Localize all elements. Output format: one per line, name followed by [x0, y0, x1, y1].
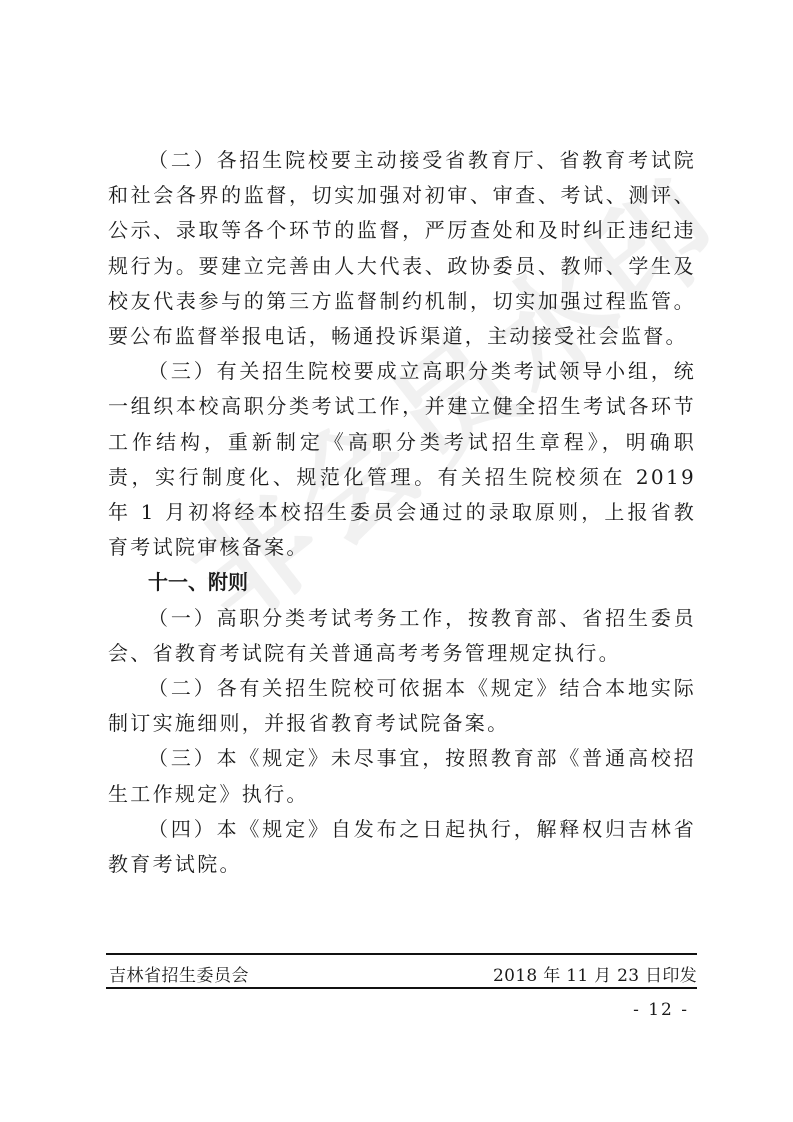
footer-issuer: 吉林省招生委员会	[109, 961, 249, 986]
paragraph-implementation-rules: （二）各有关招生院校可依据本《规定》结合本地实际制订实施细则，并报省教育考试院备…	[108, 671, 696, 741]
paragraph-leadership-group: （三）有关招生院校要成立高职分类考试领导小组，统一组织本校高职分类考试工作，并建…	[108, 354, 696, 565]
paragraph-exam-affairs: （一）高职分类考试考务工作，按教育部、省招生委员会、省教育考试院有关普通高考考务…	[108, 601, 696, 671]
page-number: - 12 -	[633, 1000, 689, 1020]
footer-top-rule	[106, 953, 697, 955]
section-heading-supplementary: 十一、附则	[108, 565, 696, 600]
paragraph-effective-date: （四）本《规定》自发布之日起执行，解释权归吉林省教育考试院。	[108, 812, 696, 882]
footer-issue-date: 2018 年 11 月 23 日印发	[493, 961, 697, 986]
paragraph-supervision: （二）各招生院校要主动接受省教育厅、省教育考试院和社会各界的监督，切实加强对初审…	[108, 143, 696, 354]
paragraph-unresolved-matters: （三）本《规定》未尽事宜，按照教育部《普通高校招生工作规定》执行。	[108, 741, 696, 811]
footer-bottom-rule	[106, 987, 697, 989]
document-page: 非会员水印 （二）各招生院校要主动接受省教育厅、省教育考试院和社会各界的监督，切…	[0, 0, 793, 1122]
document-body: （二）各招生院校要主动接受省教育厅、省教育考试院和社会各界的监督，切实加强对初审…	[108, 143, 696, 882]
